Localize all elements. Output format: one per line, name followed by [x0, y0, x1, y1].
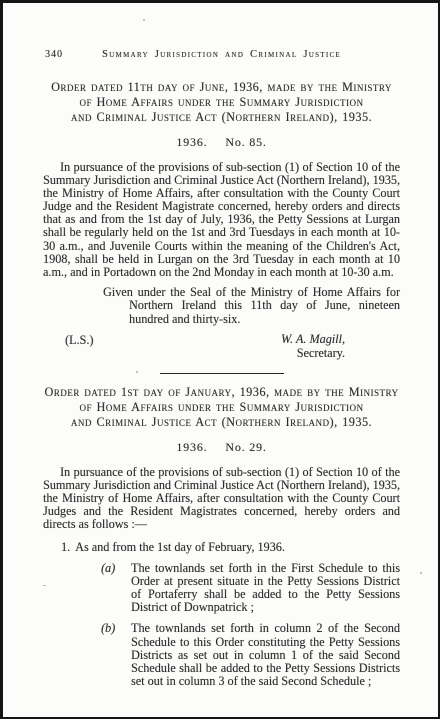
order-1-heading: Order dated 11th day of June, 1936, made… [43, 80, 400, 125]
order-2-heading: Order dated 1st day of January, 1936, ma… [43, 385, 400, 430]
order-2-number-no: No. 29. [225, 440, 266, 455]
order-2-heading-line-1: Order dated 1st day of January, 1936, ma… [43, 385, 400, 400]
item-1-label: 1. [61, 540, 70, 554]
order-1-number: 1936. No. 85. [43, 135, 400, 150]
signature-title: Secretary. [281, 347, 345, 361]
subitem-a-label: (a) [101, 562, 131, 615]
order-1-heading-line-1: Order dated 11th day of June, 1936, made… [43, 80, 400, 95]
order-1-section: Order dated 11th day of June, 1936, made… [43, 80, 400, 360]
page-header: 340 Summary Jurisdiction and Criminal Ju… [43, 49, 400, 63]
scanned-document-page: 340 Summary Jurisdiction and Criminal Ju… [0, 0, 440, 719]
scan-speck [79, 120, 81, 122]
subitem-a-text: The townlands set forth in the First Sch… [131, 562, 400, 615]
scan-speck [225, 271, 227, 273]
scan-speck [143, 19, 145, 21]
order-1-body-paragraph: In pursuance of the provisions of sub-se… [43, 161, 400, 279]
order-2-subitem-a: (a) The townlands set forth in the First… [101, 562, 400, 615]
order-2-item-1: 1.As and from the 1st day of February, 1… [61, 541, 400, 554]
seal-mark: (L.S.) [65, 333, 93, 360]
running-title: Summary Jurisdiction and Criminal Justic… [43, 49, 400, 60]
order-2-number-year: 1936. [176, 440, 207, 455]
page-number: 340 [45, 49, 63, 60]
scan-speck [420, 572, 422, 574]
signature-block: W. A. Magill, Secretary. [281, 333, 345, 360]
order-2-subitem-b: (b) The townlands set forth in column 2 … [101, 622, 400, 688]
order-1-signature-row: (L.S.) W. A. Magill, Secretary. [43, 333, 400, 360]
order-2-heading-line-2: of Home Affairs under the Summary Jurisd… [43, 400, 400, 415]
order-2-number: 1936. No. 29. [43, 440, 400, 455]
subitem-b-label: (b) [101, 622, 131, 688]
section-divider-rule [160, 373, 284, 374]
scan-speck [43, 585, 46, 586]
order-1-heading-line-3: and Criminal Justice Act (Northern Irela… [43, 110, 400, 125]
item-1-text: As and from the 1st day of February, 193… [75, 540, 285, 554]
order-1-heading-line-2: of Home Affairs under the Summary Jurisd… [43, 95, 400, 110]
page-content: 340 Summary Jurisdiction and Criminal Ju… [3, 3, 438, 688]
signature-name: W. A. Magill, [281, 333, 345, 347]
scan-speck [136, 371, 138, 373]
order-2-section: Order dated 1st day of January, 1936, ma… [43, 385, 400, 688]
order-1-number-no: No. 85. [225, 135, 266, 150]
order-1-seal-clause: Given under the Seal of the Ministry of … [103, 286, 400, 326]
scan-speck [51, 199, 53, 200]
order-2-heading-line-3: and Criminal Justice Act (Northern Irela… [43, 415, 400, 430]
order-2-body-paragraph: In pursuance of the provisions of sub-se… [43, 466, 400, 531]
scan-speck [303, 653, 305, 655]
order-1-number-year: 1936. [176, 135, 207, 150]
subitem-b-text: The townlands set forth in column 2 of t… [131, 622, 400, 688]
